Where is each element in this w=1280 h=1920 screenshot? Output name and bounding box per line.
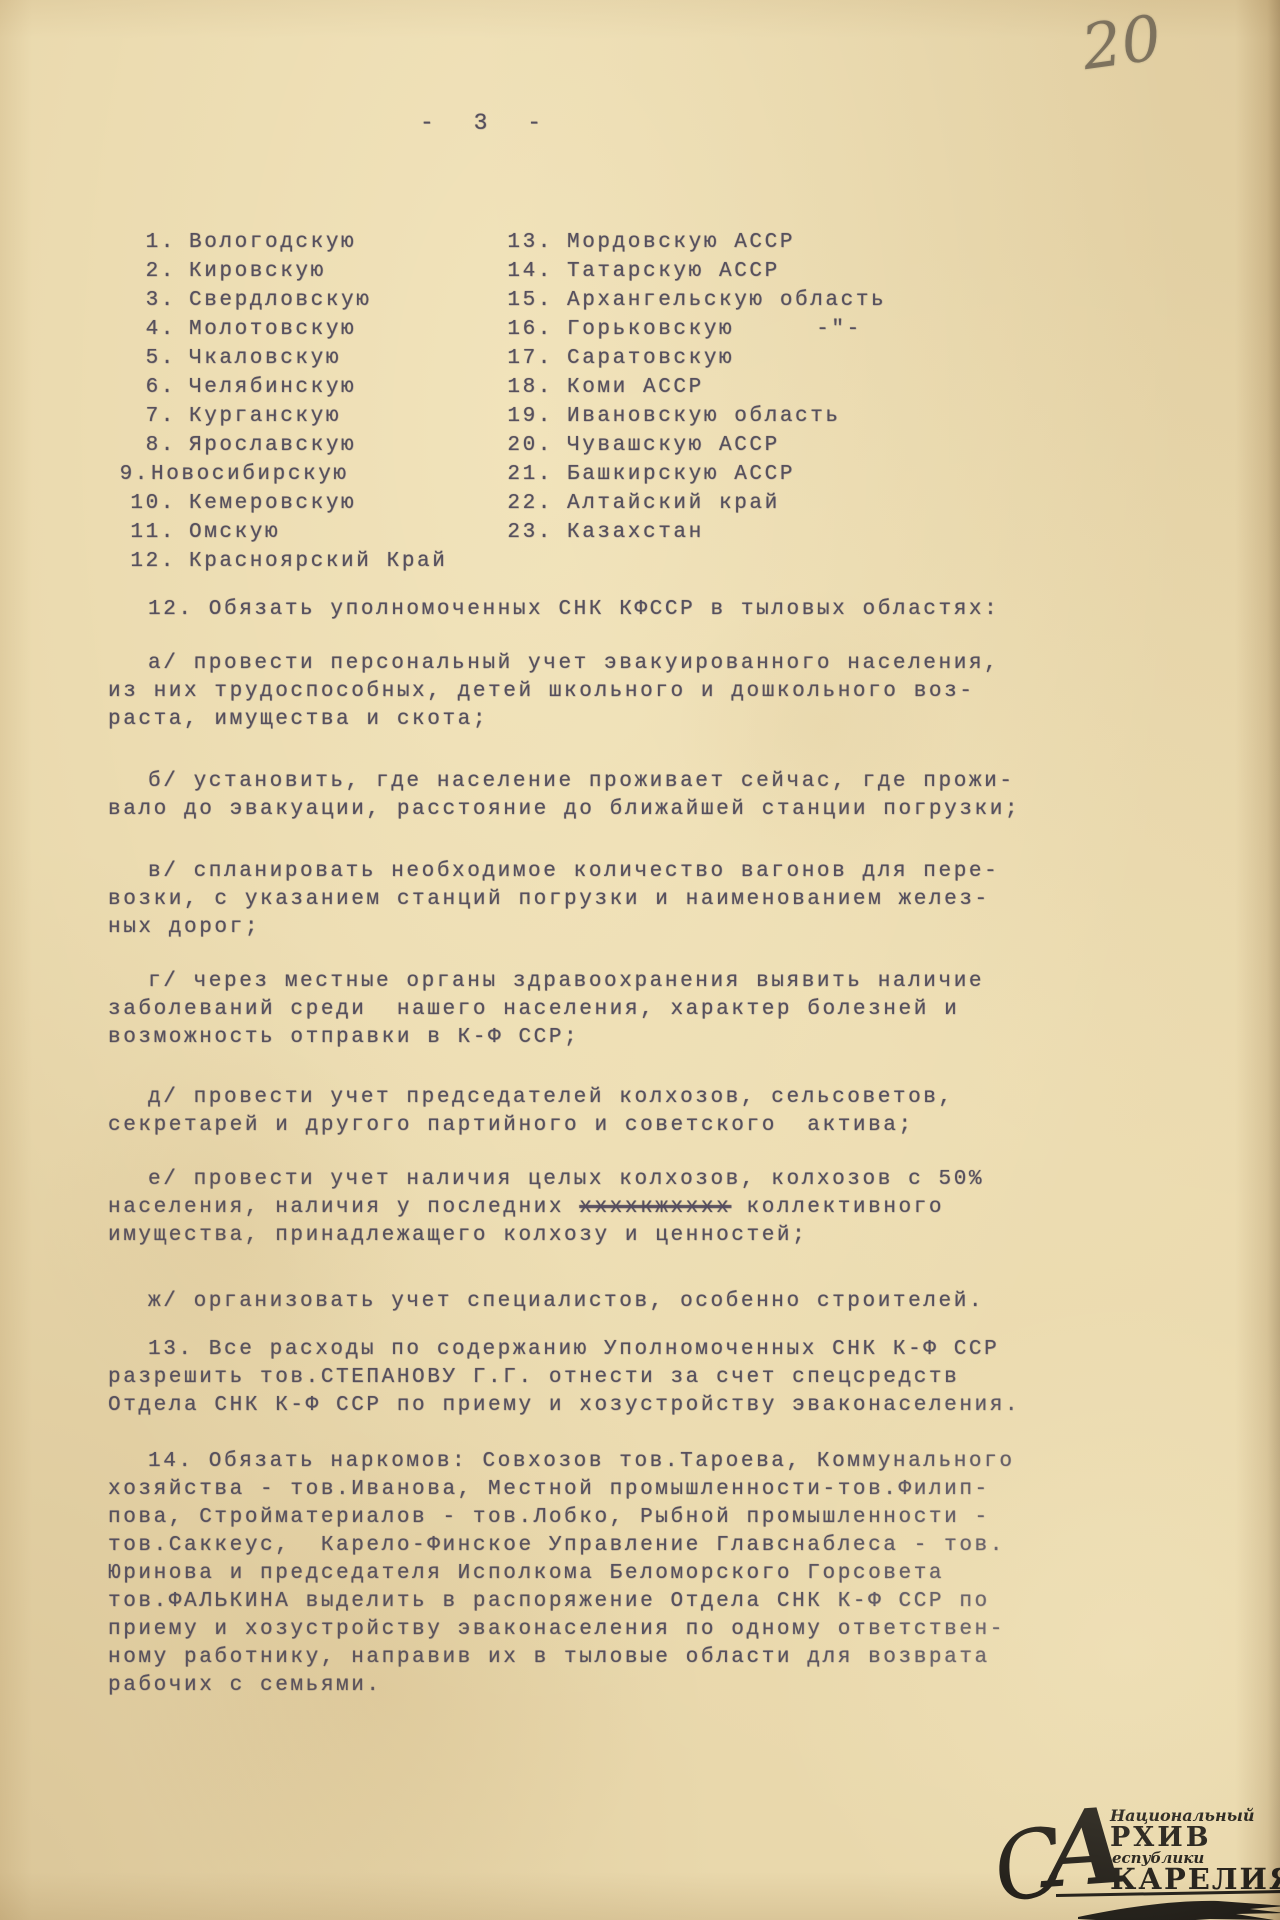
region-item-name: Курганскую: [189, 402, 341, 431]
region-item-number: 19.: [505, 402, 553, 431]
typewritten-line: 13. Все расходы по содержанию Уполномоче…: [108, 1336, 1108, 1364]
region-item-name: Кемеровскую: [189, 489, 356, 518]
typewritten-line: 12. Обязать уполномоченных СНК КФССР в т…: [108, 596, 1108, 624]
region-item-name: Чувашскую АССР: [567, 431, 780, 460]
typewritten-line: заболеваний среди нашего населения, хара…: [108, 996, 1108, 1024]
subitem-b: б/ установить, где население проживает с…: [108, 768, 1108, 824]
typewritten-line: ных дорог;: [108, 914, 1108, 942]
region-item-name: Чкаловскую: [189, 344, 341, 373]
region-list-item: 12.Красноярский Край: [126, 547, 505, 576]
region-item-number: 22.: [505, 489, 553, 518]
region-item-number: 21.: [505, 460, 553, 489]
region-item-number: 1.: [126, 228, 176, 257]
region-item-name: Омскую: [189, 518, 280, 547]
region-item-number: 15.: [505, 286, 553, 315]
region-item-name: Кировскую: [189, 257, 326, 286]
paragraph-13: 13. Все расходы по содержанию Уполномоче…: [108, 1336, 1108, 1420]
region-item-number: 12.: [126, 547, 176, 576]
region-item-name: Саратовскую: [567, 344, 734, 373]
region-list-item: 4.Молотовскую: [126, 315, 505, 344]
typewritten-line: приему и хозустройству эваконаселения по…: [108, 1616, 1108, 1644]
region-list-item: 20.Чувашскую АССР: [505, 431, 886, 460]
subitem-e: е/ провести учет наличия целых колхозов,…: [108, 1166, 1108, 1250]
region-list-left-column: 1.Вологодскую2.Кировскую3.Свердловскую4.…: [126, 228, 505, 576]
region-item-name: Башкирскую АССР: [567, 460, 795, 489]
typewritten-line: 14. Обязать наркомов: Совхозов тов.Тарое…: [108, 1448, 1108, 1476]
region-item-name: Челябинскую: [189, 373, 356, 402]
region-item-number: 4.: [126, 315, 176, 344]
typewritten-line: секретарей и другого партийного и советс…: [108, 1112, 1108, 1140]
typewritten-line: б/ установить, где население проживает с…: [108, 768, 1108, 796]
region-list-item: 14.Татарскую АССР: [505, 257, 886, 286]
typewritten-line: пова, Стройматериалов - тов.Лобко, Рыбно…: [108, 1504, 1108, 1532]
region-list-item: 15.Архангельскую область: [505, 286, 886, 315]
region-item-number: 17.: [505, 344, 553, 373]
region-item-name: Вологодскую: [189, 228, 356, 257]
region-item-number: 14.: [505, 257, 553, 286]
ditto-mark: -"-: [816, 315, 862, 344]
region-list-item: 5.Чкаловскую: [126, 344, 505, 373]
region-list-item: 6.Челябинскую: [126, 373, 505, 402]
region-item-name: Ярославскую: [189, 431, 356, 460]
region-item-number: 20.: [505, 431, 553, 460]
region-list-item: 16.Горьковскую-"-: [505, 315, 886, 344]
region-item-number: 23.: [505, 518, 553, 547]
region-item-number: 13.: [505, 228, 553, 257]
region-list-item: 13.Мордовскую АССР: [505, 228, 886, 257]
region-item-number: 11.: [126, 518, 176, 547]
region-item-name: Татарскую АССР: [567, 257, 780, 286]
typewritten-line: а/ провести персональный учет эвакуирова…: [108, 650, 1108, 678]
subitem-a: а/ провести персональный учет эвакуирова…: [108, 650, 1108, 734]
region-item-name: Красноярский Край: [189, 547, 447, 576]
typewritten-line: е/ провести учет наличия целых колхозов,…: [108, 1166, 1108, 1194]
subitem-v: в/ спланировать необходимое количество в…: [108, 858, 1108, 942]
region-item-name: Свердловскую: [189, 286, 371, 315]
region-list-right-column: 13.Мордовскую АССР14.Татарскую АССР15.Ар…: [505, 228, 886, 576]
typewritten-line: вало до эвакуации, расстояние до ближайш…: [108, 796, 1108, 824]
region-item-number: 9.: [100, 460, 150, 489]
subitem-d: д/ провести учет председателей колхозов,…: [108, 1084, 1108, 1140]
region-list-item: 23.Казахстан: [505, 518, 886, 547]
typewritten-line: возки, с указанием станций погрузки и на…: [108, 886, 1108, 914]
struck-out-text: ххххкжхххх: [579, 1196, 731, 1219]
scanned-document-page: 20 - 3 - 1.Вологодскую2.Кировскую3.Сверд…: [0, 0, 1280, 1920]
region-item-name: Алтайский край: [567, 489, 780, 518]
region-list-item: 18.Коми АССР: [505, 373, 886, 402]
region-list-item: 3.Свердловскую: [126, 286, 505, 315]
region-list-item: 9.Новосибирскую: [100, 460, 479, 489]
region-list-item: 7.Курганскую: [126, 402, 505, 431]
region-list-item: 8.Ярославскую: [126, 431, 505, 460]
region-item-number: 3.: [126, 286, 176, 315]
typewritten-line: тов.ФАЛЬКИНА выделить в распоряжение Отд…: [108, 1588, 1108, 1616]
region-list-item: 2.Кировскую: [126, 257, 505, 286]
region-list-item: 11.Омскую: [126, 518, 505, 547]
typewritten-line: из них трудоспособных, детей школьного и…: [108, 678, 1108, 706]
region-item-number: 18.: [505, 373, 553, 402]
typewritten-line: д/ провести учет председателей колхозов,…: [108, 1084, 1108, 1112]
paragraph-12-intro: 12. Обязать уполномоченных СНК КФССР в т…: [108, 596, 1108, 624]
region-item-number: 2.: [126, 257, 176, 286]
quill-feather-icon: [1078, 1897, 1280, 1920]
subitem-g: г/ через местные органы здравоохранения …: [108, 968, 1108, 1052]
region-item-number: 16.: [505, 315, 553, 344]
region-list-item: 1.Вологодскую: [126, 228, 505, 257]
archive-watermark-text: Национальный РХИВ еспублики КАРЕЛИЯ: [1110, 1806, 1280, 1894]
region-item-name: Коми АССР: [567, 373, 704, 402]
region-item-name: Архангельскую область: [567, 286, 886, 315]
region-list-item: 10.Кемеровскую: [126, 489, 505, 518]
region-item-name: Ивановскую область: [567, 402, 841, 431]
typewritten-line: населения, наличия у последних ххххкжххх…: [108, 1194, 1108, 1222]
region-item-number: 10.: [126, 489, 176, 518]
line-text: коллективного: [731, 1196, 944, 1219]
page-number: - 3 -: [420, 110, 554, 136]
region-item-name: Казахстан: [567, 518, 704, 547]
typewritten-line: возможность отправки в К-Ф ССР;: [108, 1024, 1108, 1052]
typewritten-line: г/ через местные органы здравоохранения …: [108, 968, 1108, 996]
region-item-name: Горьковскую: [567, 315, 734, 344]
region-item-name: Новосибирскую: [151, 460, 349, 489]
region-item-name: Мордовскую АССР: [567, 228, 795, 257]
region-list-item: 22.Алтайский край: [505, 489, 886, 518]
typewritten-line: ж/ организовать учет специалистов, особе…: [108, 1288, 1108, 1316]
typewritten-line: хозяйства - тов.Иванова, Местной промышл…: [108, 1476, 1108, 1504]
archive-watermark: С А Национальный РХИВ еспублики КАРЕЛИЯ: [994, 1798, 1280, 1920]
typewritten-line: тов.Саккеус, Карело-Финское Управление Г…: [108, 1532, 1108, 1560]
subitem-zh: ж/ организовать учет специалистов, особе…: [108, 1288, 1108, 1316]
typewritten-line: в/ спланировать необходимое количество в…: [108, 858, 1108, 886]
typewritten-line: ному работнику, направив их в тыловые об…: [108, 1644, 1108, 1672]
paragraph-14: 14. Обязать наркомов: Совхозов тов.Тарое…: [108, 1448, 1108, 1700]
typewritten-line: разрешить тов.СТЕПАНОВУ Г.Г. отнести за …: [108, 1364, 1108, 1392]
region-item-number: 8.: [126, 431, 176, 460]
typewritten-line: Юринова и председателя Исполкома Беломор…: [108, 1560, 1108, 1588]
archive-text-line2: РХИВ: [1110, 1825, 1280, 1851]
region-list-item: 21.Башкирскую АССР: [505, 460, 886, 489]
handwritten-folio-number: 20: [1077, 1, 1165, 84]
region-list: 1.Вологодскую2.Кировскую3.Свердловскую4.…: [126, 228, 886, 576]
typewritten-line: Отдела СНК К-Ф ССР по приему и хозустрой…: [108, 1392, 1108, 1420]
region-item-number: 7.: [126, 402, 176, 431]
region-item-number: 6.: [126, 373, 176, 402]
line-text: населения, наличия у последних: [108, 1196, 579, 1219]
region-list-item: 17.Саратовскую: [505, 344, 886, 373]
typewritten-line: имущества, принадлежащего колхозу и ценн…: [108, 1222, 1108, 1250]
typewritten-line: рабочих с семьями.: [108, 1672, 1108, 1700]
region-item-number: 5.: [126, 344, 176, 373]
region-list-item: 19.Ивановскую область: [505, 402, 886, 431]
region-item-name: Молотовскую: [189, 315, 356, 344]
typewritten-line: раста, имущества и скота;: [108, 706, 1108, 734]
